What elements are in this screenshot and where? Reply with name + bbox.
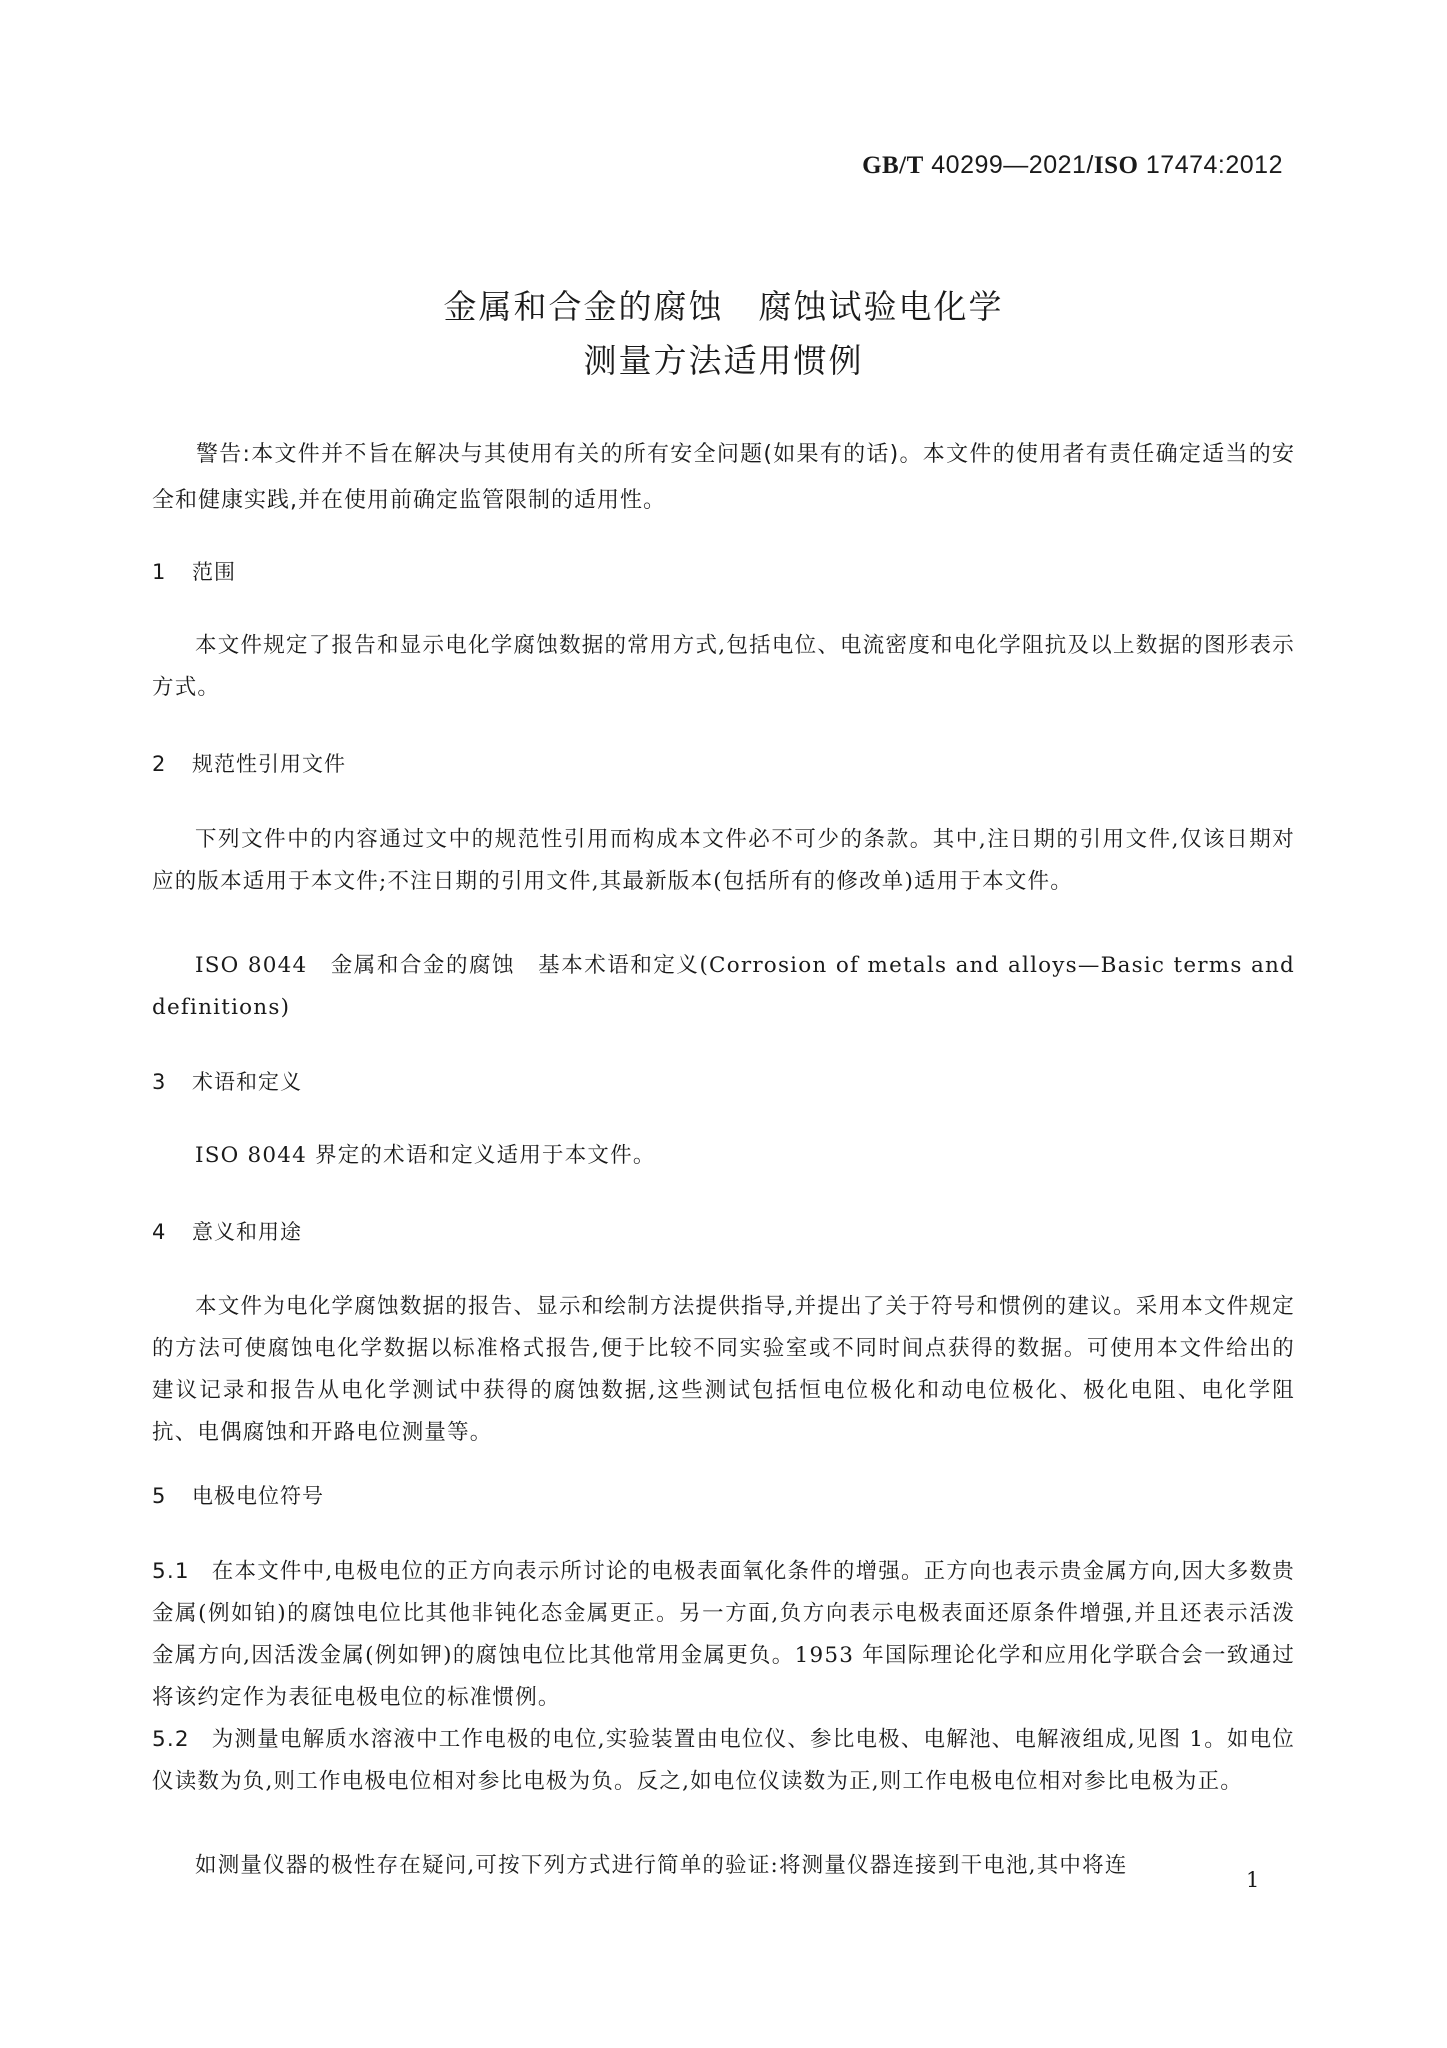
paragraph-significance-use: 本文件为电化学腐蚀数据的报告、显示和绘制方法提供指导,并提出了关于符号和惯例的建…	[152, 1286, 1295, 1454]
document-title-line2: 测量方法适用惯例	[0, 335, 1447, 382]
section-heading-scope: 1范围	[152, 556, 236, 586]
paragraph-normative-references: 下列文件中的内容通过文中的规范性引用而构成本文件必不可少的条款。其中,注日期的引…	[152, 819, 1295, 903]
iso-number: 17474:2012	[1146, 151, 1283, 179]
document-page: GB/T 40299—2021/ISO 17474:2012 金属和合金的腐蚀 …	[0, 0, 1447, 2048]
clause-text: 在本文件中,电极电位的正方向表示所讨论的电极表面氧化条件的增强。正方向也表示贵金…	[152, 1559, 1295, 1710]
warning-notice: 警告:本文件并不旨在解决与其使用有关的所有安全问题(如果有的话)。本文件的使用者…	[152, 432, 1295, 524]
section-number: 3	[152, 1070, 192, 1094]
section-title: 意义和用途	[192, 1220, 302, 1244]
standard-number: 40299—2021/	[931, 151, 1094, 179]
clause-5-2: 5.2为测量电解质水溶液中工作电极的电位,实验装置由电位仪、参比电极、电解池、电…	[152, 1719, 1295, 1803]
iso-prefix: ISO	[1094, 152, 1139, 179]
section-number: 2	[152, 752, 192, 776]
clause-number: 5.2	[152, 1727, 190, 1752]
section-heading-significance-use: 4意义和用途	[152, 1216, 302, 1246]
document-title-line1: 金属和合金的腐蚀 腐蚀试验电化学	[0, 281, 1447, 328]
section-title: 范围	[192, 560, 236, 584]
clause-5-1: 5.1在本文件中,电极电位的正方向表示所讨论的电极表面氧化条件的增强。正方向也表…	[152, 1551, 1295, 1719]
paragraph-scope: 本文件规定了报告和显示电化学腐蚀数据的常用方式,包括电位、电流密度和电化学阻抗及…	[152, 625, 1295, 709]
paragraph-terms-definitions: ISO 8044 界定的术语和定义适用于本文件。	[152, 1135, 1295, 1177]
section-title: 术语和定义	[192, 1070, 302, 1094]
section-number: 4	[152, 1220, 192, 1244]
clause-number: 5.1	[152, 1559, 190, 1584]
section-heading-normative-references: 2规范性引用文件	[152, 748, 346, 778]
page-number: 1	[1246, 1868, 1259, 1892]
section-title: 规范性引用文件	[192, 752, 346, 776]
section-title: 电极电位符号	[192, 1484, 324, 1508]
clause-text: 为测量电解质水溶液中工作电极的电位,实验装置由电位仪、参比电极、电解池、电解液组…	[152, 1727, 1295, 1794]
section-heading-electrode-potential-sign: 5电极电位符号	[152, 1480, 324, 1510]
section-number: 5	[152, 1484, 192, 1508]
clause-5-2-continuation: 如测量仪器的极性存在疑问,可按下列方式进行简单的验证:将测量仪器连接到干电池,其…	[152, 1845, 1295, 1887]
standard-number-header: GB/T 40299—2021/ISO 17474:2012	[862, 151, 1283, 180]
standard-prefix: GB/T	[862, 152, 924, 179]
section-number: 1	[152, 560, 192, 584]
reference-iso-8044: ISO 8044 金属和合金的腐蚀 基本术语和定义(Corrosion of m…	[152, 945, 1295, 1029]
section-heading-terms-definitions: 3术语和定义	[152, 1066, 302, 1096]
